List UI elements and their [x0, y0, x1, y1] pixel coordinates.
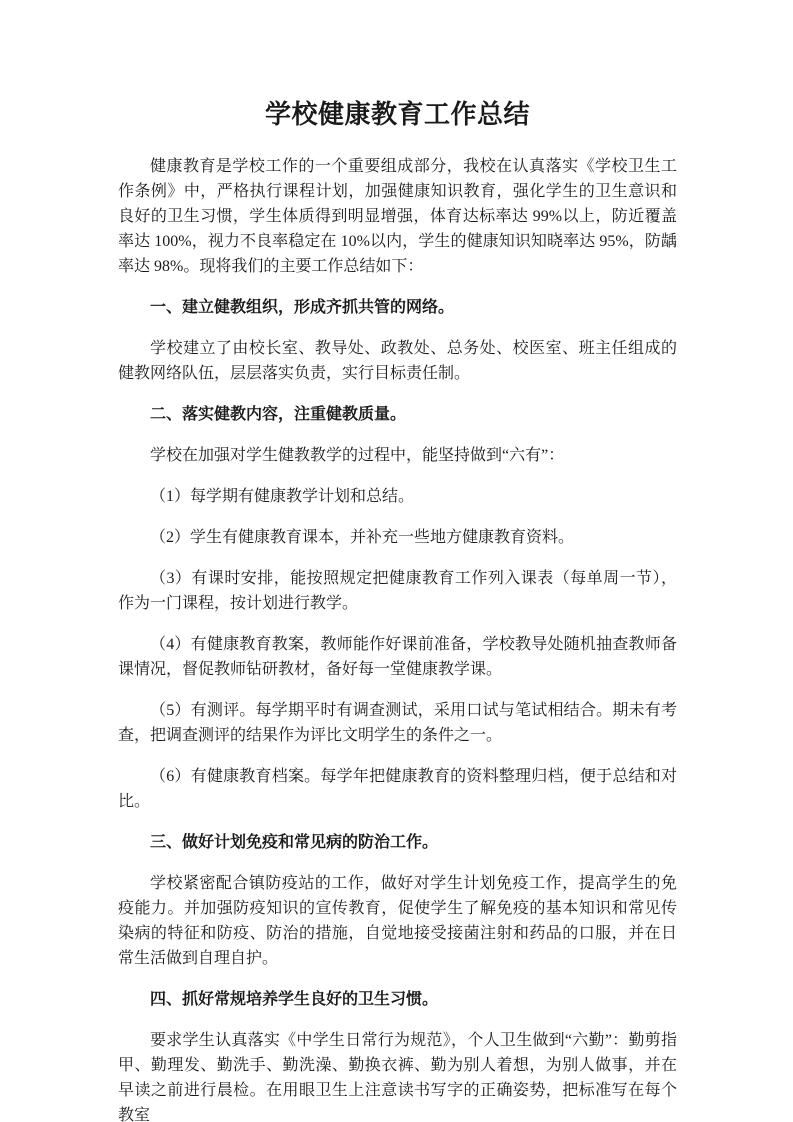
- list-item-4: （4）有健康教育教案，教师能作好课前准备，学校教导处随机抽查教师备课情况，督促教…: [118, 632, 677, 682]
- intro-paragraph: 健康教育是学校工作的一个重要组成部分，我校在认真落实《学校卫生工作条例》中，严格…: [118, 154, 677, 279]
- section-3-paragraph: 学校紧密配合镇防疫站的工作，做好对学生计划免疫工作，提高学生的免疫能力。并加强防…: [118, 871, 677, 971]
- section-1-paragraph: 学校建立了由校长室、教导处、政教处、总务处、校医室、班主任组成的健教网络队伍，层…: [118, 336, 677, 386]
- document-title: 学校健康教育工作总结: [118, 98, 677, 132]
- document-page: 学校健康教育工作总结 健康教育是学校工作的一个重要组成部分，我校在认真落实《学校…: [0, 0, 793, 1122]
- section-heading-2: 二、落实健教内容，注重健教质量。: [118, 402, 677, 427]
- section-heading-4: 四、抓好常规培养学生良好的卫生习惯。: [118, 987, 677, 1012]
- section-2-intro-paragraph: 学校在加强对学生健教教学的过程中，能坚持做到“六有”：: [118, 443, 677, 468]
- section-heading-1: 一、建立健教组织，形成齐抓共管的网络。: [118, 295, 677, 320]
- list-item-6: （6）有健康教育档案。每学年把健康教育的资料整理归档，便于总结和对比。: [118, 764, 677, 814]
- list-item-1: （1）每学期有健康教学计划和总结。: [118, 484, 677, 509]
- list-item-2: （2）学生有健康教育课本，并补充一些地方健康教育资料。: [118, 525, 677, 550]
- list-item-5: （5）有测评。每学期平时有调查测试，采用口试与笔试相结合。期未有考查，把调查测评…: [118, 698, 677, 748]
- list-item-3: （3）有课时安排，能按照规定把健康教育工作列入课表（每单周一节），作为一门课程，…: [118, 566, 677, 616]
- section-heading-3: 三、做好计划免疫和常见病的防治工作。: [118, 830, 677, 855]
- section-4-paragraph: 要求学生认真落实《中学生日常行为规范》，个人卫生做到“六勤”：勤剪指甲、勤理发、…: [118, 1028, 677, 1122]
